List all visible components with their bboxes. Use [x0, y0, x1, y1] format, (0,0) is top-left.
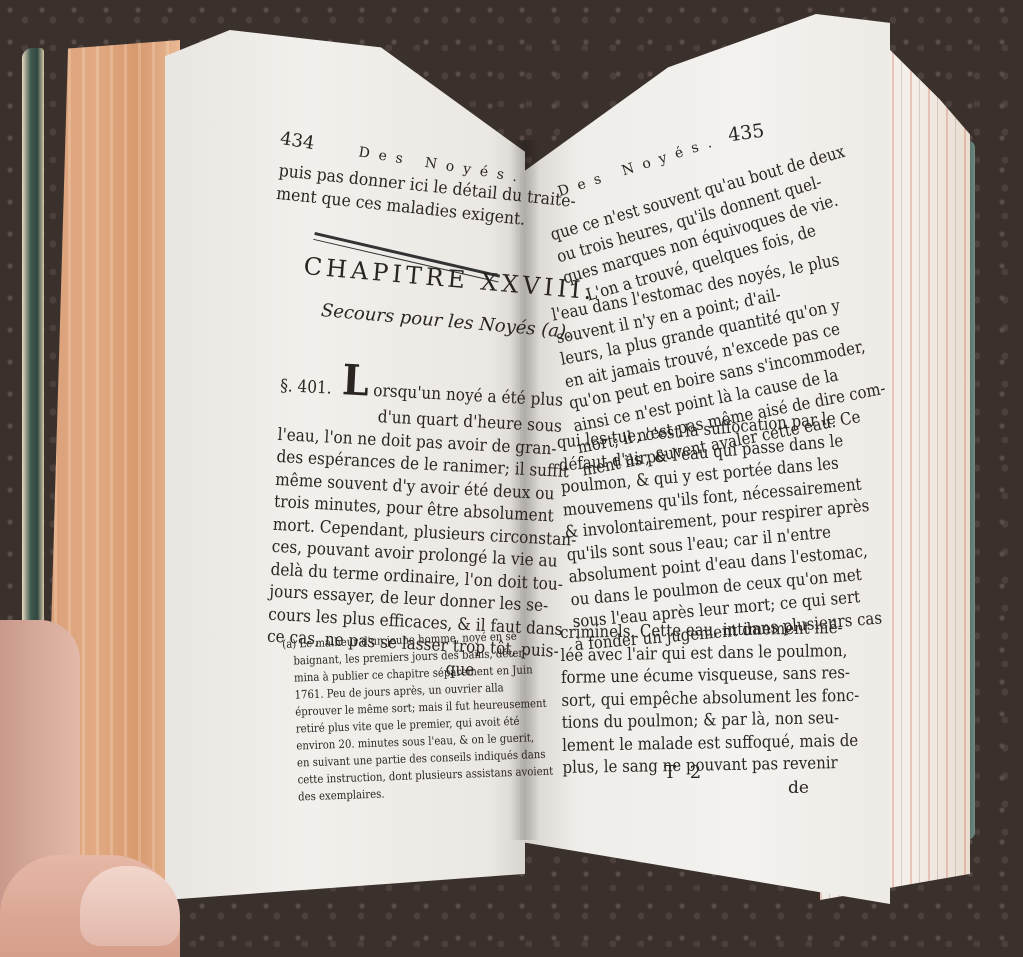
text-line: orsqu'un noyé a été plus — [373, 381, 564, 411]
section-number: §. 401. — [280, 376, 332, 399]
footnote: (a) Le malheur d'un jeune homme, noyé en… — [282, 627, 554, 806]
signature-mark: T 2 — [664, 762, 705, 783]
catchword-right: de — [788, 778, 809, 798]
drop-cap: L — [341, 355, 370, 405]
right-body-bottom: criminels. Cette eau, intimement mê- lée… — [560, 617, 861, 780]
